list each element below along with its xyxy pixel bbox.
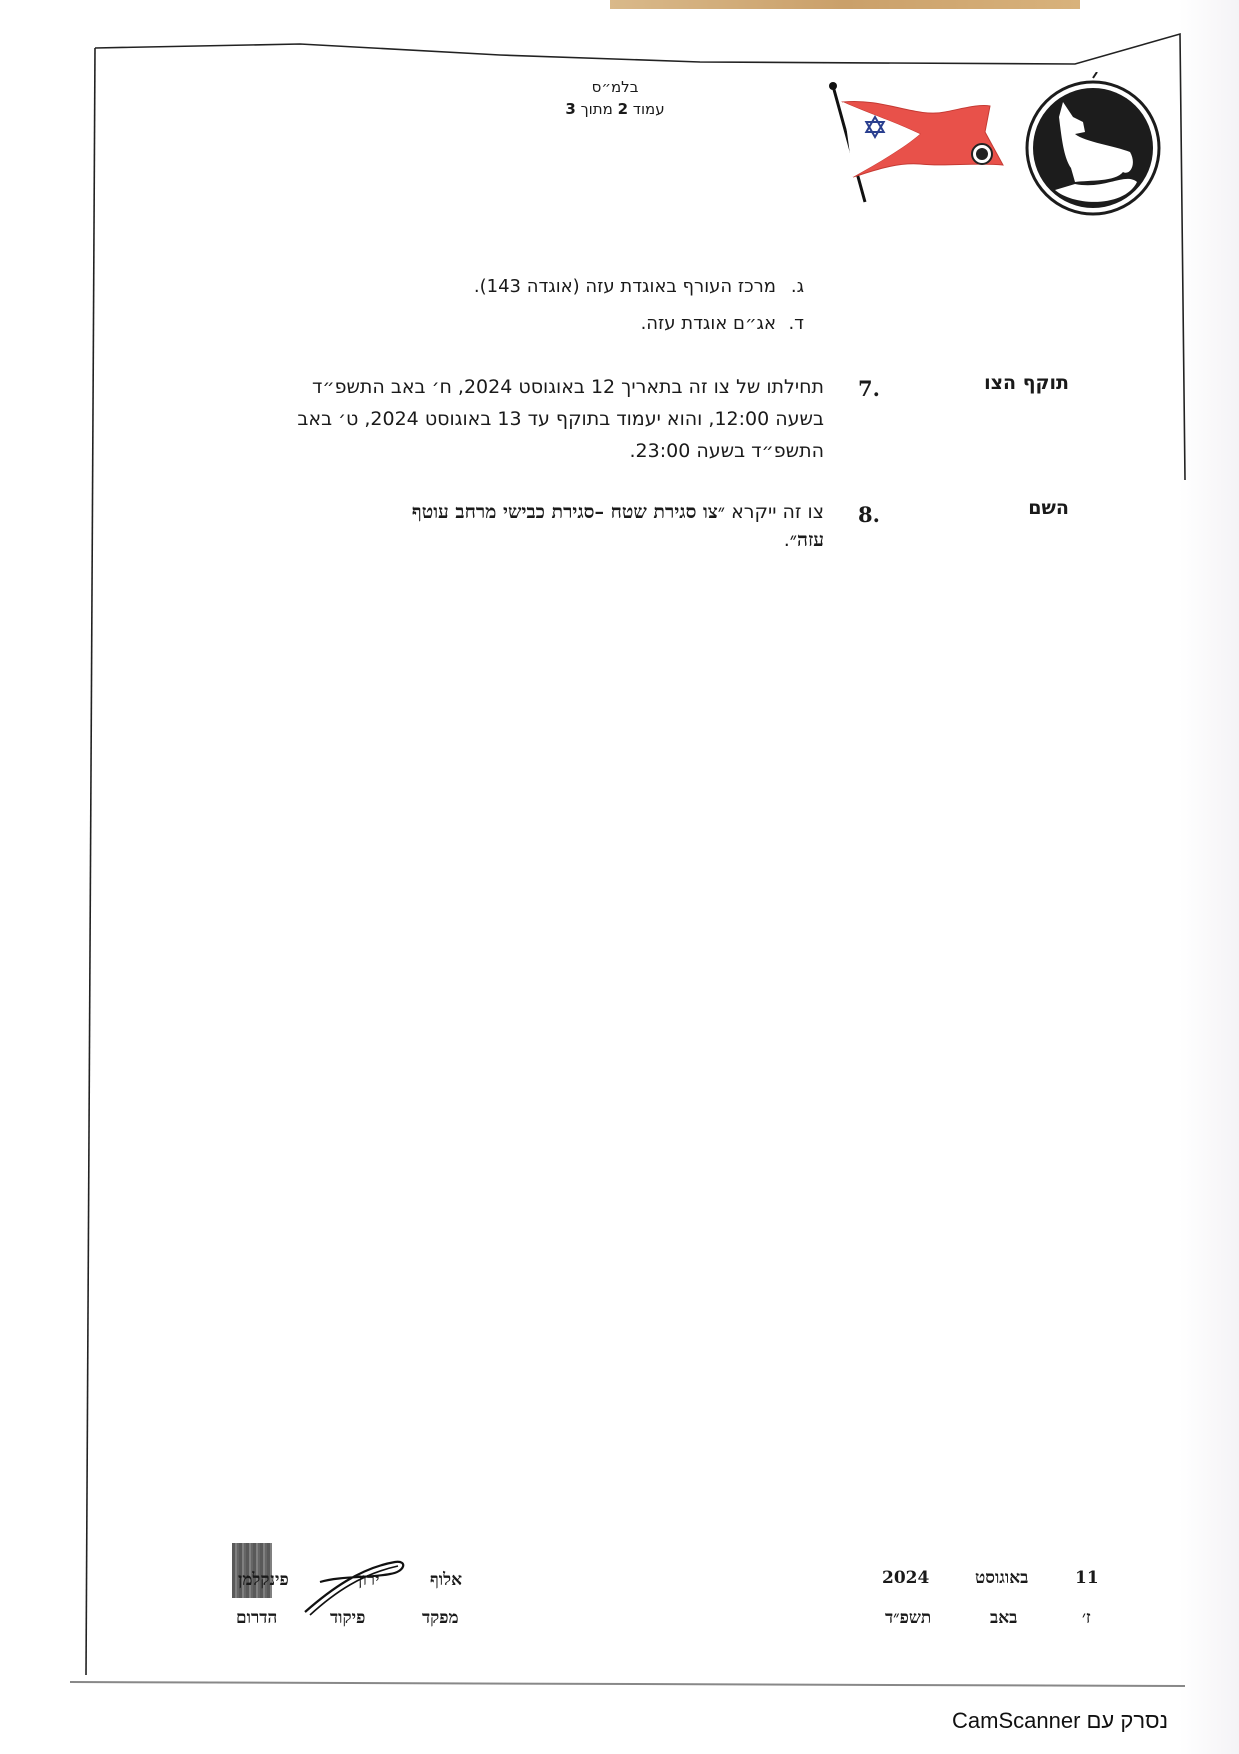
hebrew-date-year: תשפ״ד: [885, 1608, 931, 1628]
document-header: בלמ״ס עמוד 2 מתוך 3: [465, 76, 765, 120]
page-border: [0, 0, 1239, 1754]
classification-label: בלמ״ס: [465, 76, 765, 98]
hebrew-date-month: באב: [990, 1608, 1017, 1628]
handwritten-signature-icon: [300, 1550, 410, 1620]
date-year: 2024: [882, 1568, 929, 1588]
fox-emblem-icon: [1027, 72, 1159, 214]
signature-last-name: פינקלמן: [238, 1570, 289, 1590]
sub-item-d: ד.אג״ם אוגדת עזה.: [641, 313, 804, 334]
section-number-8: 8.: [858, 502, 880, 527]
section-text-name: צו זה ייקרא ״צו סגירת שטח –סגירת כבישי מ…: [204, 498, 824, 554]
hebrew-date-day: ז׳: [1082, 1608, 1091, 1628]
section-label-name: השם: [1028, 497, 1069, 519]
section-text-validity: תחילתו של צו זה בתאריך 12 באוגוסט 2024, …: [204, 371, 824, 467]
signature-role-3: הדרום: [236, 1608, 277, 1628]
signature-role-1: מפקד: [422, 1608, 459, 1628]
camscanner-watermark: נסרק עם CamScanner: [952, 1708, 1168, 1734]
header-logos: [825, 72, 1165, 222]
sub-item-g: ג.מרכז העורף באוגדת עזה (אוגדה 143).: [474, 276, 804, 297]
section-label-validity: תוקף הצו: [984, 372, 1069, 394]
signature-rank: אלוף: [430, 1570, 462, 1590]
date-month: באוגוסט: [975, 1568, 1028, 1588]
southern-command-flag-icon: [829, 82, 1003, 202]
section-number-7: 7.: [858, 376, 880, 401]
date-day: 11: [1075, 1568, 1099, 1588]
page-indicator: עמוד 2 מתוך 3: [465, 98, 765, 120]
